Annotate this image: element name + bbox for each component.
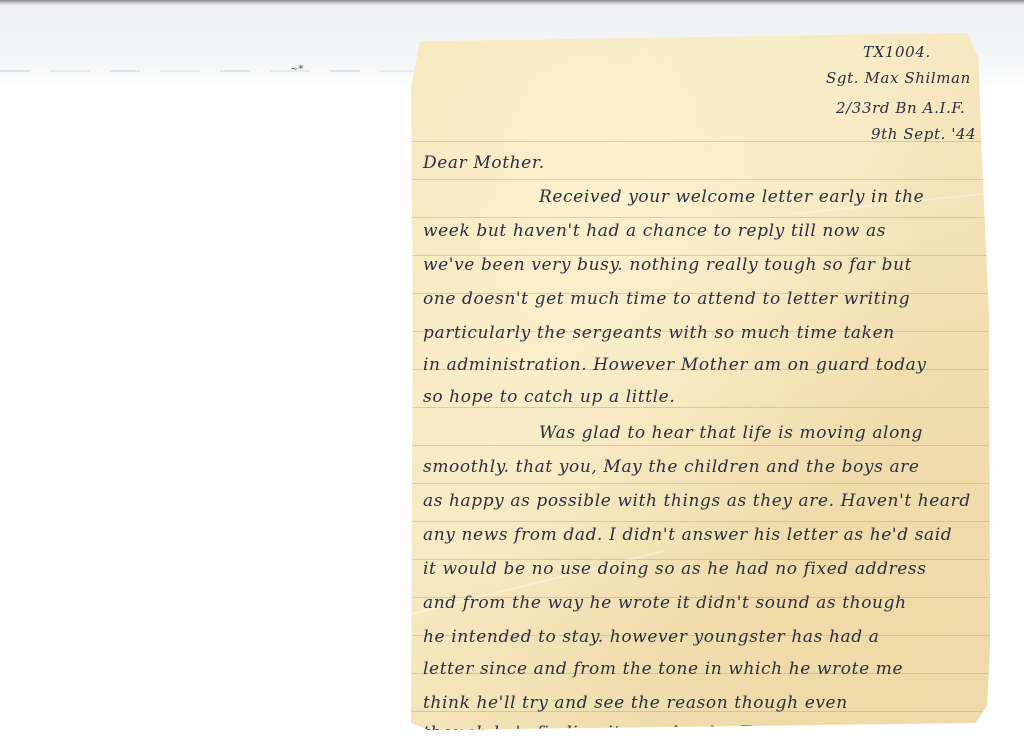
letter-line: and from the way he wrote it didn't soun… (423, 593, 907, 613)
letter-line: it would be no use doing so as he had no… (423, 559, 927, 579)
letter-line: think he'll try and see the reason thoug… (423, 693, 848, 713)
letter-date: 9th Sept. '44 (871, 125, 976, 143)
ruled-line (411, 217, 993, 218)
ruled-line (411, 483, 993, 484)
letter-line: one doesn't get much time to attend to l… (423, 289, 910, 309)
letter-line: smoothly. that you, May the children and… (423, 457, 920, 477)
letter-line: so hope to catch up a little. (423, 387, 675, 407)
ruled-line (411, 445, 993, 446)
salutation: Dear Mother. (423, 153, 545, 173)
letter-line: letter since and from the tone in which … (423, 659, 903, 679)
letter-line: in administration. However Mother am on … (423, 355, 927, 375)
letter-line: any news from dad. I didn't answer his l… (423, 525, 952, 545)
ruled-line (411, 521, 993, 522)
sender-unit: 2/33rd Bn A.I.F. (836, 99, 965, 117)
ruled-line (411, 407, 993, 408)
scan-artifact-mark: ~* (290, 66, 306, 74)
letter-line: week but haven't had a chance to reply t… (423, 221, 886, 241)
sender-name: Sgt. Max Shilman (826, 69, 971, 87)
letter-line: Received your welcome letter early in th… (539, 187, 924, 207)
letter-line: particularly the sergeants with so much … (423, 323, 895, 343)
letter-line: as happy as possible with things as they… (423, 491, 971, 511)
service-number: TX1004. (863, 43, 931, 61)
letter-line: we've been very busy. nothing really tou… (423, 255, 912, 275)
scan-artifact-streak (0, 70, 420, 72)
letter-line: he intended to stay. however youngster h… (423, 627, 879, 647)
letter-line: Was glad to hear that life is moving alo… (539, 423, 923, 443)
letter-page: TX1004. Sgt. Max Shilman 2/33rd Bn A.I.F… (411, 33, 993, 730)
ruled-line (411, 179, 993, 180)
